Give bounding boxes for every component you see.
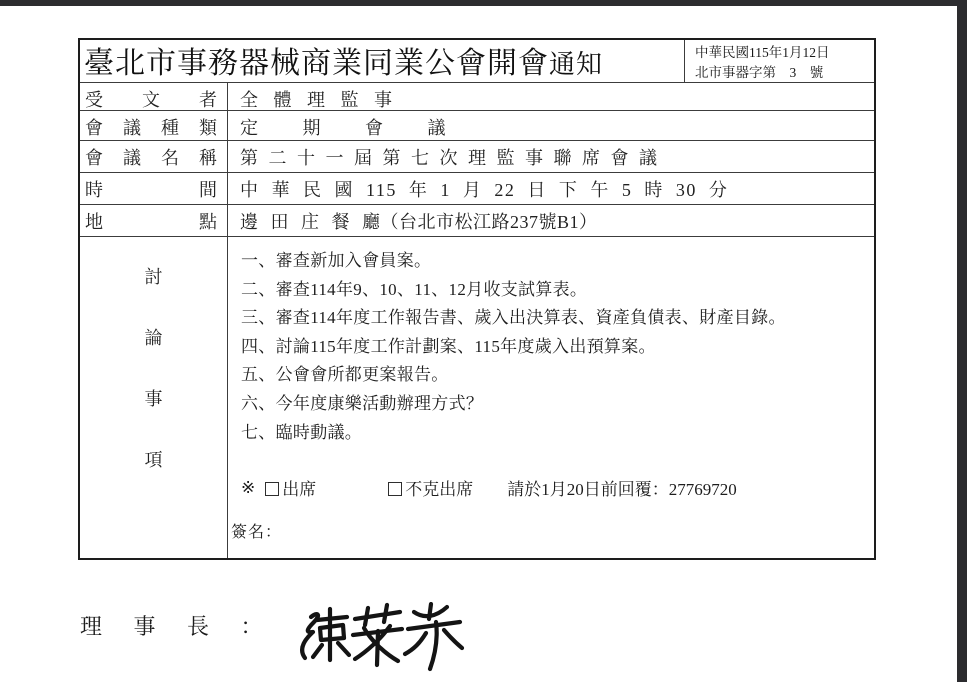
notice-title: 臺北市事務器械商業同業公會開會通知 (84, 40, 603, 82)
discussion-item: 二、審查114年9、10、11、12月收支試算表。 (241, 276, 868, 305)
notice-table: 臺北市事務器械商業同業公會開會通知 中華民國115年1月12日 北市事器字第 3… (78, 38, 876, 560)
notice-header-row: 臺北市事務器械商業同業公會開會通知 中華民國115年1月12日 北市事器字第 3… (80, 40, 874, 82)
notice-title-suffix: 通知 (549, 50, 603, 79)
label-char-lun: 論 (145, 324, 163, 350)
document-number-box: 中華民國115年1月12日 北市事器字第 3 號 (684, 40, 874, 82)
reply-note: 請於1月20日前回覆：27769720 (507, 475, 737, 500)
document-date: 中華民國115年1月12日 (695, 43, 870, 63)
label-meeting-type: 會議種類 (80, 110, 228, 140)
attend-label: 出席 (282, 480, 316, 499)
discussion-item: 三、審查114年度工作報告書、歲入出決算表、資產負債表、財產目錄。 (241, 304, 868, 333)
decline-label: 不克出席 (405, 480, 473, 499)
discussion-item: 七、臨時動議。 (241, 419, 868, 448)
value-place: 邊 田 庄 餐 廳（台北市松江路237號B1） (228, 204, 874, 236)
document-number: 北市事器字第 3 號 (695, 63, 870, 83)
value-recipient: 全 體 理 監 事 (228, 82, 874, 110)
signature-field-label: 簽名： (231, 519, 282, 542)
decline-option: 不克出席 (388, 475, 473, 500)
discussion-item-list: 一、審查新加入會員案。 二、審查114年9、10、11、12月收支試算表。 三、… (228, 237, 874, 447)
president-title-label: 理 事 長 ： (80, 602, 276, 641)
value-meeting-name: 第 二 十 一 屆 第 七 次 理 監 事 聯 席 會 議 (228, 140, 874, 172)
discussion-item: 四、討論115年度工作計劃案、115年度歲入出預算案。 (241, 333, 868, 362)
label-discussion-topics: 討 論 事 項 (80, 236, 228, 558)
value-meeting-type: 定 期 會 議 (228, 110, 874, 140)
decline-checkbox[interactable] (388, 482, 402, 496)
discussion-item: 六、今年度康樂活動辦理方式？ (241, 390, 868, 419)
meeting-notice-document: 臺北市事務器械商業同業公會開會通知 中華民國115年1月12日 北市事器字第 3… (0, 0, 967, 682)
label-char-shi: 事 (145, 385, 163, 411)
attend-option: 出席 (265, 475, 316, 500)
label-char-xiang: 項 (145, 446, 163, 472)
notice-title-box: 臺北市事務器械商業同業公會開會通知 (80, 40, 684, 82)
label-recipient: 受文者 (80, 82, 228, 110)
value-time: 中 華 民 國 115 年 1 月 22 日 下 午 5 時 30 分 (228, 172, 874, 204)
discussion-content: 一、審查新加入會員案。 二、審查114年9、10、11、12月收支試算表。 三、… (228, 236, 874, 558)
reference-marker: ※ (241, 478, 255, 498)
attendance-reply-line: ※ 出席 不克出席 請於1月20日前回覆：27769720 (241, 475, 737, 500)
label-time: 時間 (80, 172, 228, 204)
viewer-frame-top (0, 0, 967, 6)
president-handwritten-signature: 陳菜采 (290, 602, 466, 674)
label-char-tao: 討 (145, 263, 163, 289)
attend-checkbox[interactable] (265, 482, 279, 496)
discussion-item: 五、公會會所都更案報告。 (241, 361, 868, 390)
president-line: 理 事 長 ： 陳菜采 (80, 602, 466, 674)
notice-title-main: 臺北市事務器械商業同業公會開會 (84, 47, 549, 80)
discussion-item: 一、審查新加入會員案。 (241, 247, 868, 276)
label-meeting-name: 會議名稱 (80, 140, 228, 172)
label-place: 地點 (80, 204, 228, 236)
viewer-frame-right (957, 0, 967, 682)
